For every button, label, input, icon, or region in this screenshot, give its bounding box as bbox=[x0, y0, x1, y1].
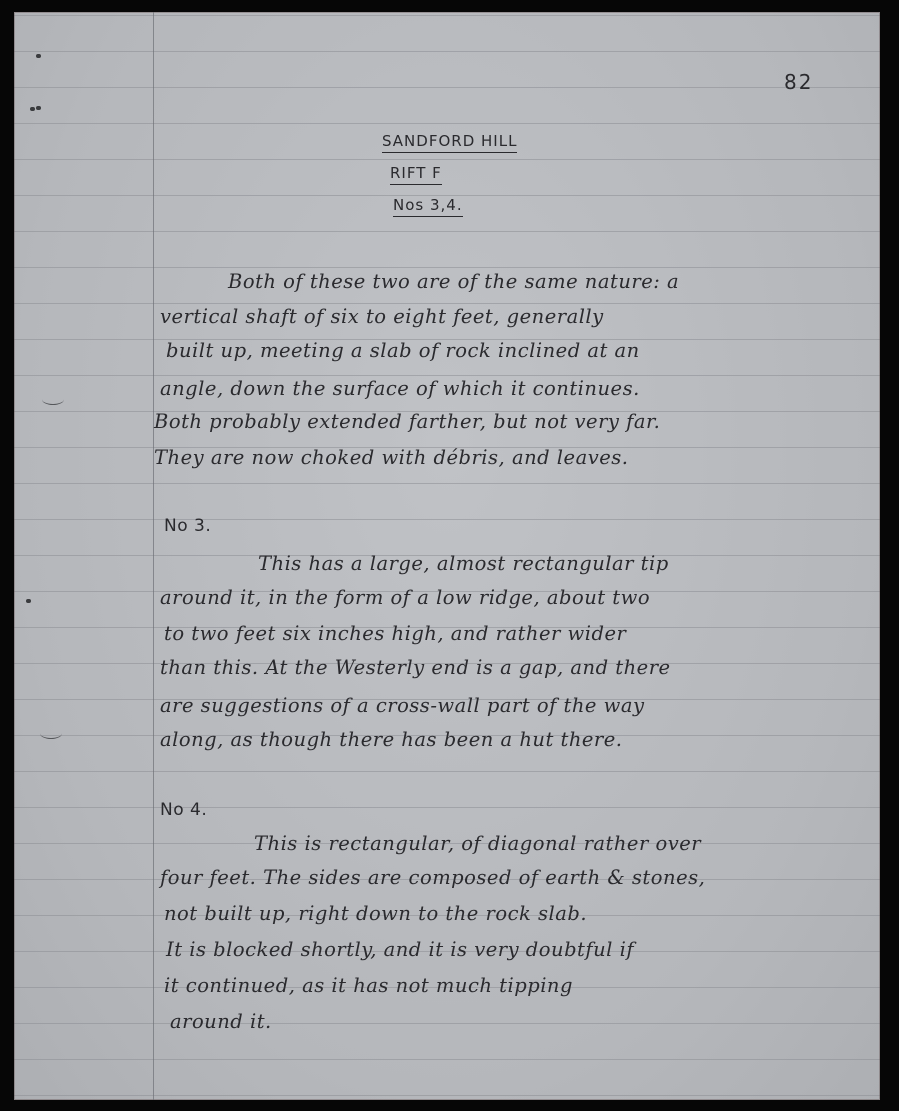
page-number: 82 bbox=[784, 70, 813, 94]
no3-line: than this. At the Westerly end is a gap,… bbox=[160, 656, 671, 679]
pin-mark bbox=[30, 107, 35, 111]
no3-line: to two feet six inches high, and rather … bbox=[164, 622, 626, 645]
no3-line: around it, in the form of a low ridge, a… bbox=[160, 586, 650, 609]
numbers-heading: Nos 3,4. bbox=[393, 196, 463, 217]
pin-mark bbox=[36, 54, 41, 58]
intro-line: Both of these two are of the same nature… bbox=[228, 270, 679, 293]
no4-line: four feet. The sides are composed of ear… bbox=[160, 866, 705, 889]
site-heading: SANDFORD HILL bbox=[382, 132, 517, 153]
no3-line: along, as though there has been a hut th… bbox=[160, 728, 622, 751]
intro-line: vertical shaft of six to eight feet, gen… bbox=[160, 305, 604, 328]
intro-line: built up, meeting a slab of rock incline… bbox=[166, 339, 640, 362]
intro-line: Both probably extended farther, but not … bbox=[154, 410, 660, 433]
margin-rule bbox=[153, 12, 154, 1100]
no3-line: This has a large, almost rectangular tip bbox=[258, 552, 669, 575]
pin-mark bbox=[36, 106, 41, 110]
intro-line: angle, down the surface of which it cont… bbox=[160, 377, 640, 400]
no3-line: are suggestions of a cross-wall part of … bbox=[160, 694, 644, 717]
no4-line: it continued, as it has not much tipping bbox=[164, 974, 573, 997]
margin-arc-mark bbox=[42, 394, 64, 405]
pin-mark bbox=[26, 599, 31, 603]
no4-line: not built up, right down to the rock sla… bbox=[164, 902, 587, 925]
no4-line: This is rectangular, of diagonal rather … bbox=[254, 832, 701, 855]
no4-line: around it. bbox=[170, 1010, 272, 1033]
rift-heading: RIFT F bbox=[390, 164, 442, 185]
section-label-no4: No 4. bbox=[160, 800, 207, 820]
section-label-no3: No 3. bbox=[164, 516, 211, 536]
no4-line: It is blocked shortly, and it is very do… bbox=[166, 938, 634, 961]
intro-line: They are now choked with débris, and lea… bbox=[154, 446, 628, 469]
margin-arc-mark bbox=[40, 728, 62, 739]
